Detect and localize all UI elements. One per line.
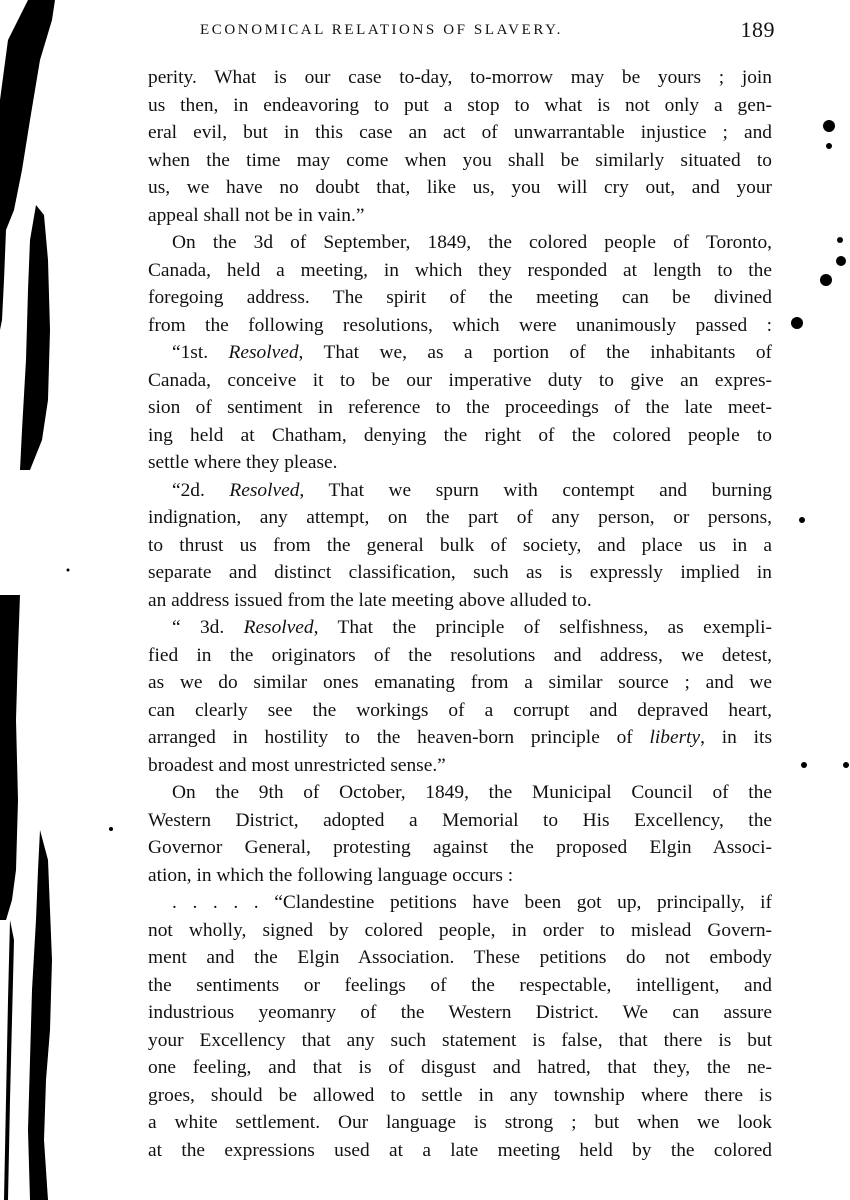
text-line: sion of sentiment in reference to the pr…	[148, 394, 772, 422]
text-line: ing held at Chatham, denying the right o…	[148, 422, 772, 450]
binding-shadow	[0, 0, 60, 1200]
book-page: ECONOMICAL RELATIONS OF SLAVERY. 189 per…	[0, 0, 850, 1200]
resolution-text: , That the principle of selfishness, as …	[314, 617, 772, 638]
text-line: On the 3d of September, 1849, the colore…	[148, 229, 772, 257]
text-line: appeal shall not be in vain.”	[148, 202, 772, 230]
text-line: us, we have no doubt that, like us, you …	[148, 174, 772, 202]
body-text: perity. What is our case to-day, to-morr…	[148, 64, 772, 1164]
text-line: from the following resolutions, which we…	[148, 312, 772, 340]
text-line: to thrust us from the general bulk of so…	[148, 532, 772, 560]
text-line: perity. What is our case to-day, to-morr…	[148, 64, 772, 92]
text-line: Canada, held a meeting, in which they re…	[148, 257, 772, 285]
text-line: indignation, any attempt, on the part of…	[148, 504, 772, 532]
resolution-number: “2d.	[172, 480, 229, 501]
text-line: one feeling, and that is of disgust and …	[148, 1054, 772, 1082]
paragraph-continuation: perity. What is our case to-day, to-morr…	[148, 64, 772, 229]
text-line: us then, in endeavoring to put a stop to…	[148, 92, 772, 120]
resolution-first: “1st. Resolved, That we, as a portion of…	[148, 339, 772, 477]
text-line: ment and the Elgin Association. These pe…	[148, 944, 772, 972]
text-line: settle where they please.	[148, 449, 772, 477]
text-line: can clearly see the workings of a corrup…	[148, 697, 772, 725]
paragraph-toronto-meeting: On the 3d of September, 1849, the colore…	[148, 229, 772, 339]
resolution-lead-line: “2d. Resolved, That we spurn with contem…	[148, 477, 772, 505]
text-line: an address issued from the late meeting …	[148, 587, 772, 615]
text-line: groes, should be allowed to settle in an…	[148, 1082, 772, 1110]
resolved-italic: Resolved	[229, 342, 299, 363]
text-segment: , in its	[700, 727, 772, 748]
text-line: fied in the originators of the resolutio…	[148, 642, 772, 670]
resolution-third: “ 3d. Resolved, That the principle of se…	[148, 614, 772, 779]
text-line: Western District, adopted a Memorial to …	[148, 807, 772, 835]
text-line: foregoing address. The spirit of the mee…	[148, 284, 772, 312]
text-line: Canada, conceive it to be our imperative…	[148, 367, 772, 395]
resolution-second: “2d. Resolved, That we spurn with contem…	[148, 477, 772, 615]
text-line: at the expressions used at a late meetin…	[148, 1137, 772, 1165]
text-line: as we do similar ones emanating from a s…	[148, 669, 772, 697]
text-line: Governor General, protesting against the…	[148, 834, 772, 862]
resolution-text: , That we, as a portion of the inhabitan…	[299, 342, 772, 363]
page-header: ECONOMICAL RELATIONS OF SLAVERY. 189	[150, 18, 775, 44]
text-line: a white settlement. Our language is stro…	[148, 1109, 772, 1137]
resolution-number: “ 3d.	[172, 617, 244, 638]
text-line: not wholly, signed by colored people, in…	[148, 917, 772, 945]
page-number: 189	[741, 17, 776, 43]
text-line: eral evil, but in this case an act of un…	[148, 119, 772, 147]
memorial-quotation: . . . . . “Clandestine petitions have be…	[148, 889, 772, 1164]
resolution-lead-line: “1st. Resolved, That we, as a portion of…	[148, 339, 772, 367]
text-line: . . . . . “Clandestine petitions have be…	[148, 889, 772, 917]
text-segment: arranged in hostility to the heaven-born…	[148, 727, 650, 748]
resolution-number: “1st.	[172, 342, 229, 363]
resolution-lead-line: “ 3d. Resolved, That the principle of se…	[148, 614, 772, 642]
paragraph-municipal-council: On the 9th of October, 1849, the Municip…	[148, 779, 772, 889]
text-line-liberty: arranged in hostility to the heaven-born…	[148, 724, 772, 752]
text-line: industrious yeomanry of the Western Dist…	[148, 999, 772, 1027]
text-line: the sentiments or feelings of the respec…	[148, 972, 772, 1000]
text-line: ation, in which the following language o…	[148, 862, 772, 890]
text-line: On the 9th of October, 1849, the Municip…	[148, 779, 772, 807]
text-line: broadest and most unrestricted sense.”	[148, 752, 772, 780]
resolved-italic: Resolved	[229, 480, 299, 501]
text-line: when the time may come when you shall be…	[148, 147, 772, 175]
resolution-text: , That we spurn with contempt and burnin…	[299, 480, 772, 501]
liberty-italic: liberty	[650, 727, 701, 748]
running-head: ECONOMICAL RELATIONS OF SLAVERY.	[200, 22, 563, 39]
text-line: your Excellency that any such statement …	[148, 1027, 772, 1055]
text-line: separate and distinct classification, su…	[148, 559, 772, 587]
resolved-italic: Resolved	[244, 617, 314, 638]
